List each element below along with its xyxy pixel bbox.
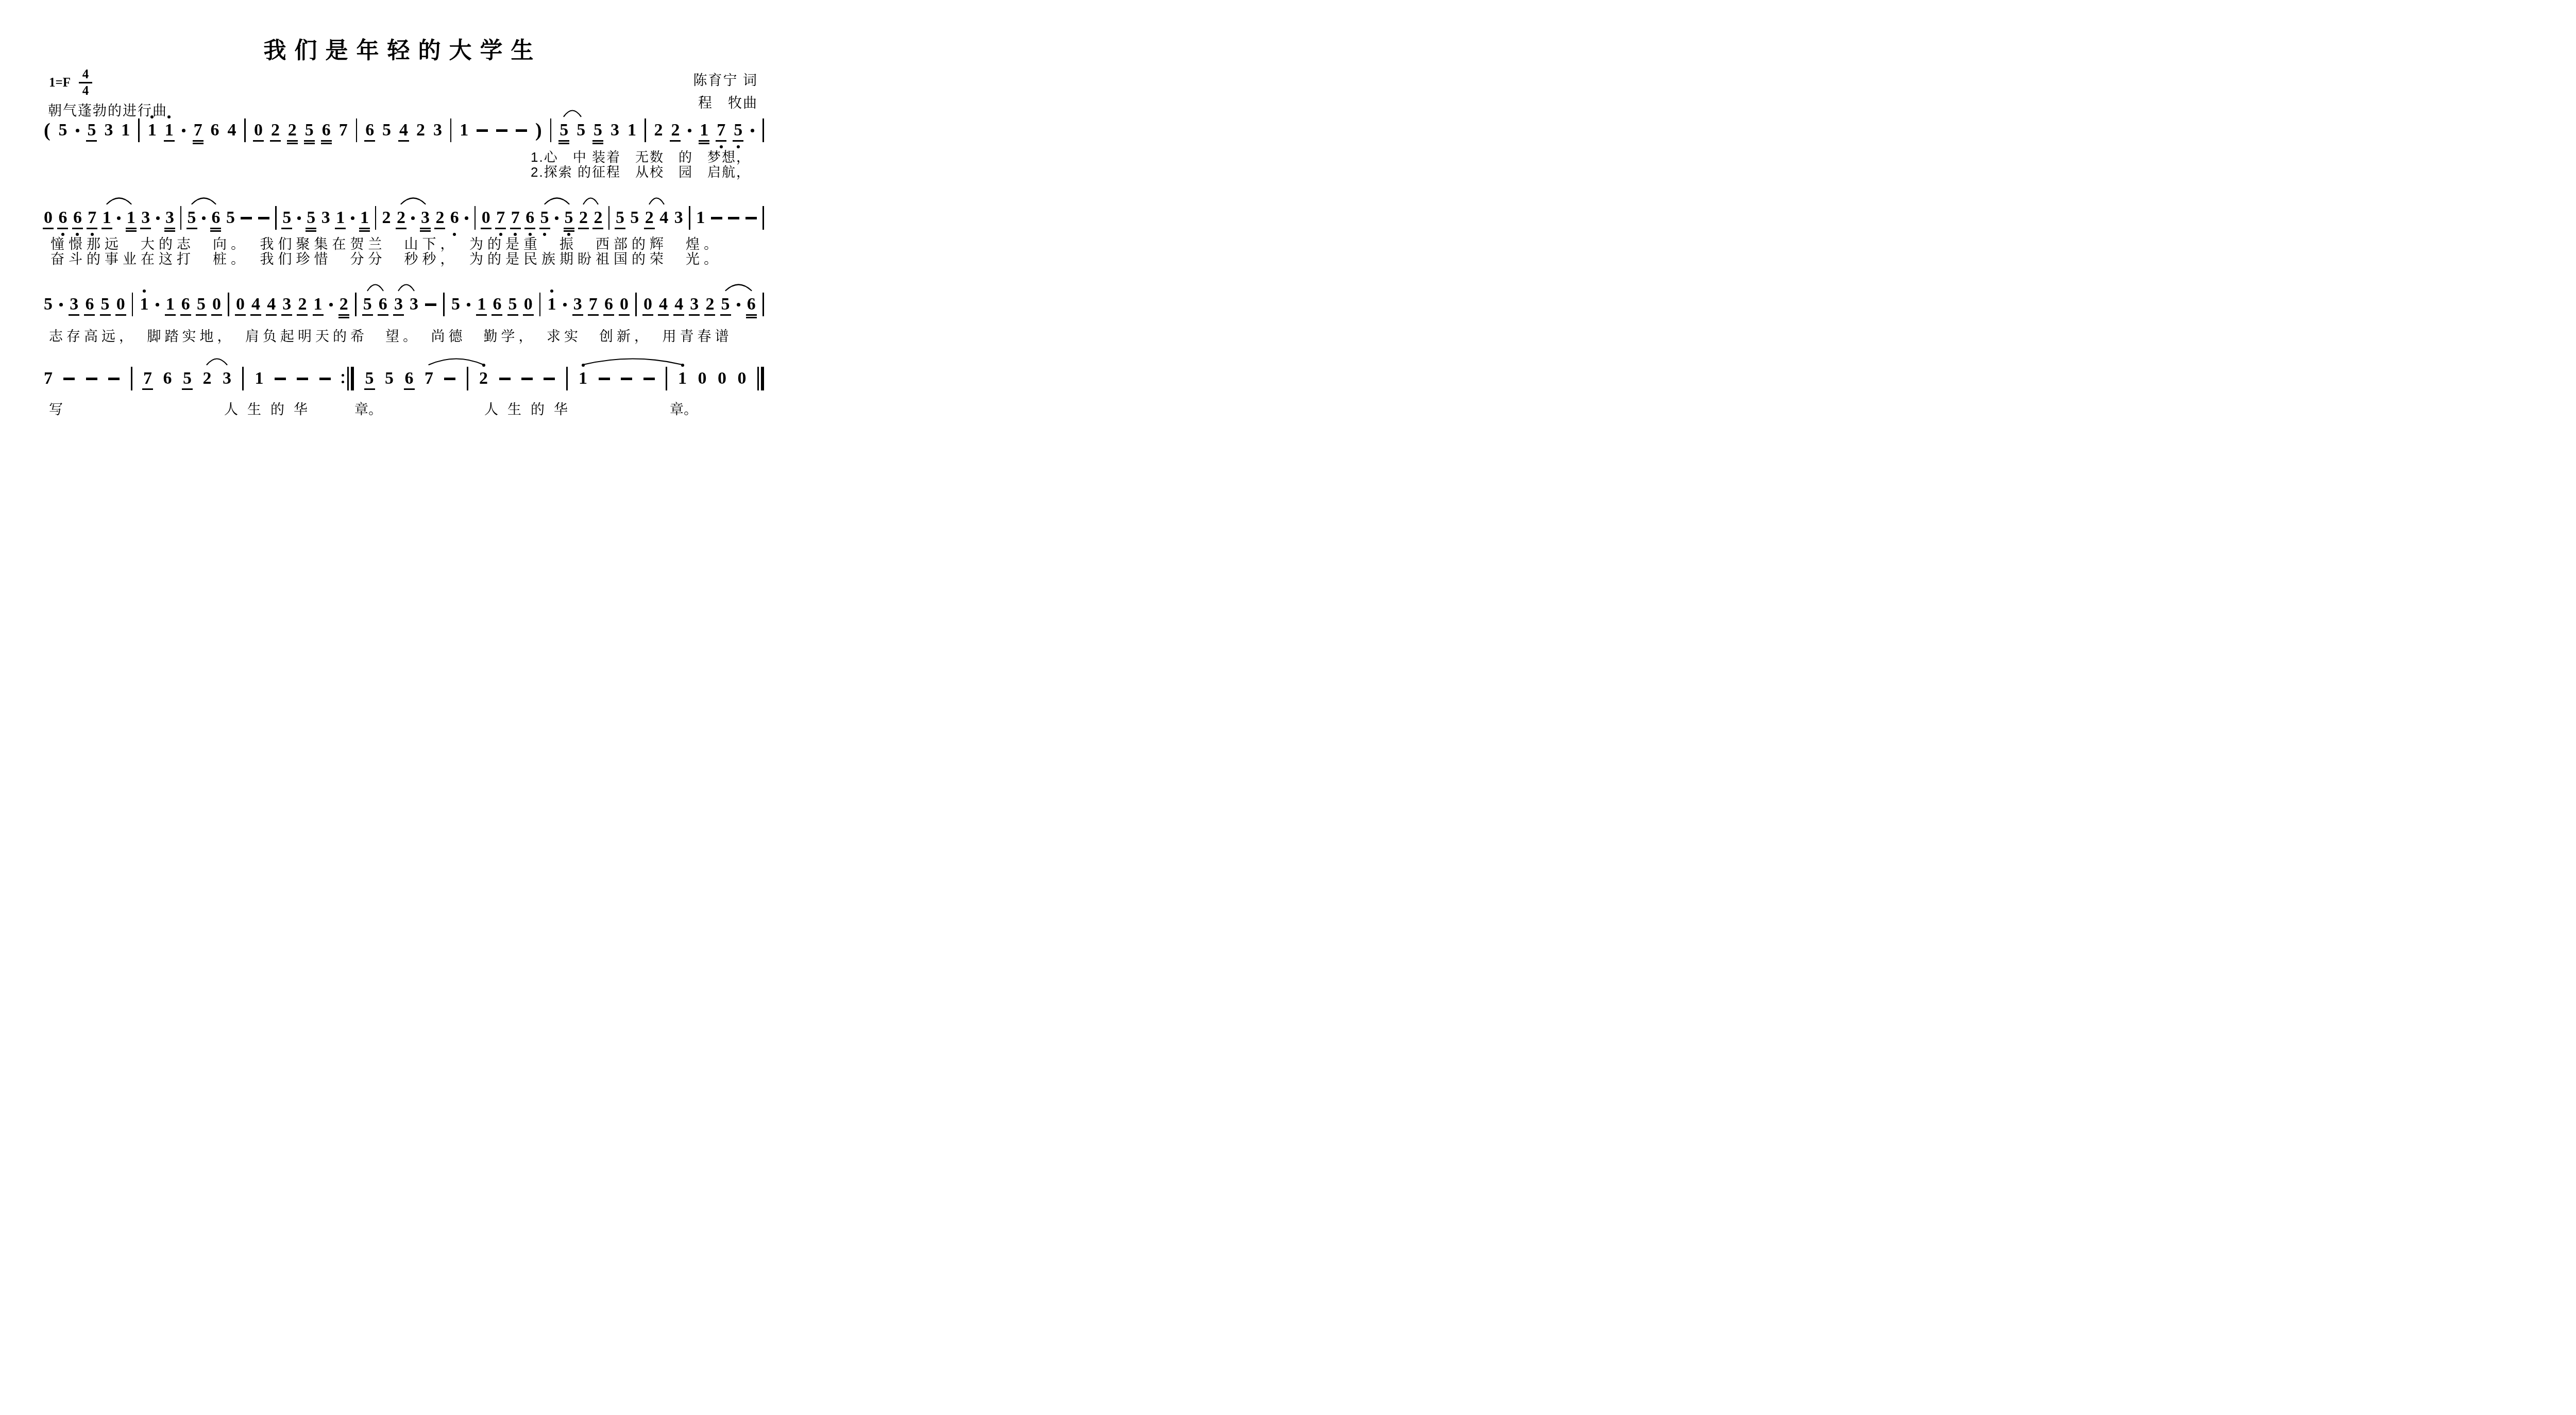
song-title: 我们是年轻的大学生 (0, 32, 805, 65)
augmentation-dot (202, 216, 206, 220)
slur-arcs (44, 191, 764, 206)
barline (762, 206, 764, 230)
note: 0 (116, 296, 125, 313)
time-signature: 4 4 (79, 68, 92, 97)
note: 5 (721, 296, 730, 313)
note: 7 (425, 370, 433, 387)
note: 1 (360, 209, 369, 227)
note: 6 (405, 370, 414, 387)
note: 4 (674, 296, 683, 313)
held-note-dash (544, 378, 555, 380)
barline (550, 118, 552, 142)
note: 2 (397, 209, 405, 227)
note: 3 (223, 370, 231, 387)
barline (635, 293, 637, 316)
note: 1 (148, 122, 157, 139)
augmentation-dot (156, 303, 159, 306)
held-note-dash (275, 378, 286, 380)
barline (666, 367, 667, 390)
tempo-marking: 朝气蓬勃的进行曲 (48, 99, 167, 120)
augmentation-dot (737, 303, 740, 306)
note: 2 (271, 122, 280, 139)
verse-2-line: 2.探索 的征程 从校 园 启航， (531, 165, 751, 180)
note: 3 (141, 209, 150, 227)
note: 6 (526, 209, 534, 227)
note: 6 (604, 296, 613, 313)
notation-line-4: 77652315567211000 (44, 366, 764, 391)
held-note-dash (711, 217, 722, 219)
lyrics-row-4-seg: 写 (49, 398, 63, 418)
barline (467, 367, 468, 390)
barline (131, 367, 132, 390)
slur-arcs (44, 278, 764, 292)
note: 7 (194, 122, 202, 139)
barline (762, 293, 764, 316)
note: 4 (267, 296, 276, 313)
note: 2 (594, 209, 602, 227)
note: 7 (88, 209, 96, 227)
note: 7 (339, 122, 348, 139)
note: 0 (524, 296, 533, 313)
note: 7 (143, 370, 152, 387)
note: 1 (121, 122, 130, 139)
barline (138, 118, 140, 142)
note: 2 (416, 122, 425, 139)
note: 6 (181, 296, 190, 313)
note: 5 (59, 122, 67, 139)
notation-tokens: 77652315567211000 (44, 366, 764, 391)
note: 5 (363, 296, 372, 313)
barline (242, 367, 244, 390)
note: 5 (734, 122, 742, 139)
note: 7 (717, 122, 725, 139)
note: 0 (698, 370, 707, 387)
repeat-barline (342, 367, 354, 390)
barline (275, 206, 277, 230)
barline (355, 293, 357, 316)
note: 1 (140, 296, 148, 313)
held-note-dash (745, 217, 757, 219)
barline (539, 293, 541, 316)
held-note-dash (643, 378, 655, 380)
note: 1 (103, 209, 111, 227)
note: 6 (211, 122, 219, 139)
augmentation-dot (688, 129, 691, 132)
note: 1 (700, 122, 708, 139)
note: 5 (630, 209, 639, 227)
note: 4 (659, 296, 668, 313)
note: 4 (228, 122, 236, 139)
note: 5 (509, 296, 517, 313)
note: 3 (573, 296, 582, 313)
lyrics-row-2: 憧憬那远 大的志 向。 我们聚集在贺兰 山下， 为的是重 振 西部的辉 煌。 奋… (50, 237, 722, 267)
lyrics-row-4-seg: 章。 (670, 398, 698, 418)
barline (566, 367, 568, 390)
held-note-dash (63, 378, 75, 380)
held-note-dash (108, 378, 120, 380)
barline (443, 293, 445, 316)
held-note-dash (425, 303, 436, 306)
note: 2 (340, 296, 348, 313)
held-note-dash (444, 378, 455, 380)
augmentation-dot (465, 216, 468, 220)
note: 1 (678, 370, 687, 387)
note: 1 (628, 122, 636, 139)
held-note-dash (621, 378, 632, 380)
lyrics-row-4-seg: 章。 (354, 398, 382, 418)
lyrics-row-3: 志存高远， 脚踏实地， 肩负起明天的希 望。 尚德 勤学， 求实 创新， 用青春… (49, 325, 733, 345)
barline (645, 118, 646, 142)
note: 6 (58, 209, 67, 227)
note: 2 (671, 122, 680, 139)
note: 0 (620, 296, 629, 313)
note: 5 (101, 296, 110, 313)
note: 5 (183, 370, 192, 387)
note: 3 (165, 209, 174, 227)
augmentation-dot (329, 303, 333, 306)
sheet-music-page: 我们是年轻的大学生 1=F 4 4 朝气蓬勃的进行曲 陈育宁 词 程 牧曲 (5… (0, 0, 805, 443)
intro-paren: ( (44, 121, 50, 140)
note: 1 (579, 370, 587, 387)
held-note-dash (521, 378, 533, 380)
fraction-bar (79, 82, 92, 83)
held-note-dash (297, 378, 308, 380)
lyrics-row-4-seg: 人生的华 (224, 398, 317, 418)
held-note-dash (728, 217, 739, 219)
note: 5 (451, 296, 460, 313)
lyricist-credit: 陈育宁 词 (693, 69, 758, 92)
note: 6 (211, 209, 220, 227)
note: 6 (73, 209, 82, 227)
note: 7 (511, 209, 520, 227)
credits: 陈育宁 词 程 牧曲 (693, 69, 758, 114)
held-note-dash (241, 217, 252, 219)
note: 4 (251, 296, 260, 313)
barline (474, 206, 476, 230)
note: 5 (565, 209, 573, 227)
note: 6 (379, 296, 387, 313)
augmentation-dot (59, 303, 63, 306)
note: 3 (690, 296, 699, 313)
augmentation-dot (467, 303, 470, 306)
note: 7 (496, 209, 505, 227)
note: 1 (460, 122, 468, 139)
augmentation-dot (117, 216, 121, 220)
note: 5 (87, 122, 96, 139)
note: 7 (44, 370, 53, 387)
notation-line-3: 53650116500443212563351650137600443256 (44, 292, 764, 317)
note: 1 (127, 209, 135, 227)
barline (356, 118, 358, 142)
note: 2 (705, 296, 714, 313)
held-note-dash (499, 378, 511, 380)
note: 6 (450, 209, 459, 227)
note: 0 (44, 209, 53, 227)
note: 2 (435, 209, 444, 227)
note: 6 (163, 370, 172, 387)
note: 3 (104, 122, 113, 139)
note: 3 (410, 296, 418, 313)
held-note-dash (599, 378, 610, 380)
held-note-dash (86, 378, 97, 380)
verse-1-line: 1.心 中 装着 无数 的 梦想， (531, 150, 751, 165)
note: 2 (479, 370, 488, 387)
note: 1 (166, 296, 175, 313)
verse-lyrics-block: 1.心 中 装着 无数 的 梦想， 2.探索 的征程 从校 园 启航， (531, 150, 751, 180)
barline (132, 293, 133, 316)
note: 3 (282, 296, 291, 313)
note: 5 (385, 370, 394, 387)
final-barline (757, 367, 764, 390)
augmentation-dot (76, 129, 79, 132)
note: 1 (255, 370, 264, 387)
note: 4 (399, 122, 408, 139)
note: 6 (747, 296, 756, 313)
notation-line-1: (553111764022567654231)5553122175 (44, 117, 764, 143)
augmentation-dot (751, 129, 754, 132)
note: 1 (477, 296, 486, 313)
barline (375, 206, 377, 230)
intro-paren: ) (535, 121, 542, 140)
note: 5 (226, 209, 235, 227)
notation-tokens: 53650116500443212563351650137600443256 (44, 292, 764, 317)
note: 1 (314, 296, 323, 313)
barline (244, 118, 246, 142)
barline (450, 118, 452, 142)
notation-line-2: 06671133565553112232607765522552431 (44, 205, 764, 231)
note: 2 (288, 122, 297, 139)
note: 1 (336, 209, 345, 227)
barline (689, 206, 690, 230)
note: 3 (611, 122, 619, 139)
time-numerator: 4 (82, 68, 89, 81)
augmentation-dot (411, 216, 415, 220)
lyrics-row-2-verse2: 奋斗的事业在这打 桩。 我们珍惜 分分 秒秒， 为的是民族期盼祖国的荣 光。 (50, 252, 722, 267)
key-label: 1=F (49, 76, 71, 90)
note: 5 (382, 122, 391, 139)
note: 0 (643, 296, 652, 313)
held-note-dash (516, 129, 527, 132)
note: 5 (540, 209, 549, 227)
note: 3 (674, 209, 683, 227)
augmentation-dot (563, 303, 567, 306)
note: 5 (577, 122, 585, 139)
note: 2 (645, 209, 654, 227)
note: 5 (44, 296, 53, 313)
note: 3 (70, 296, 78, 313)
note: 4 (659, 209, 668, 227)
note: 2 (298, 296, 307, 313)
note: 3 (394, 296, 403, 313)
barline (608, 206, 610, 230)
note: 0 (718, 370, 726, 387)
note: 1 (547, 296, 556, 313)
augmentation-dot (156, 216, 160, 220)
slur-arcs (44, 352, 764, 366)
note: 2 (382, 209, 391, 227)
note: 0 (236, 296, 245, 313)
barline (762, 118, 764, 142)
note: 5 (197, 296, 206, 313)
time-denominator: 4 (82, 84, 89, 97)
augmentation-dot (297, 216, 301, 220)
held-note-dash (477, 129, 488, 132)
augmentation-dot (555, 216, 558, 220)
note: 5 (282, 209, 291, 227)
note: 5 (307, 209, 315, 227)
note: 6 (365, 122, 374, 139)
note: 3 (321, 209, 330, 227)
note: 1 (165, 122, 174, 139)
note: 0 (482, 209, 490, 227)
note: 7 (589, 296, 598, 313)
held-note-dash (496, 129, 507, 132)
note: 0 (254, 122, 263, 139)
composer-credit: 程 牧曲 (693, 92, 758, 114)
note: 3 (433, 122, 442, 139)
note: 5 (560, 122, 568, 139)
note: 2 (654, 122, 663, 139)
barline (180, 206, 182, 230)
held-note-dash (258, 217, 269, 219)
key-signature: 1=F 4 4 (49, 68, 92, 97)
note: 3 (421, 209, 430, 227)
notation-tokens: (553111764022567654231)5553122175 (44, 117, 764, 143)
note: 0 (738, 370, 747, 387)
lyrics-row-2-verse1: 憧憬那远 大的志 向。 我们聚集在贺兰 山下， 为的是重 振 西部的辉 煌。 (50, 237, 722, 252)
notation-tokens: 06671133565553112232607765522552431 (44, 205, 764, 231)
note: 6 (322, 122, 331, 139)
note: 5 (594, 122, 602, 139)
note: 2 (579, 209, 588, 227)
note: 0 (212, 296, 221, 313)
note: 6 (85, 296, 94, 313)
augmentation-dot (182, 129, 185, 132)
note: 2 (202, 370, 211, 387)
augmentation-dot (351, 216, 354, 220)
note: 5 (305, 122, 314, 139)
note: 5 (188, 209, 196, 227)
held-note-dash (319, 378, 331, 380)
lyrics-row-4-seg: 人生的华 (484, 398, 577, 418)
note: 6 (493, 296, 501, 313)
note: 5 (365, 370, 374, 387)
barline (228, 293, 229, 316)
note: 1 (696, 209, 705, 227)
note: 5 (616, 209, 624, 227)
